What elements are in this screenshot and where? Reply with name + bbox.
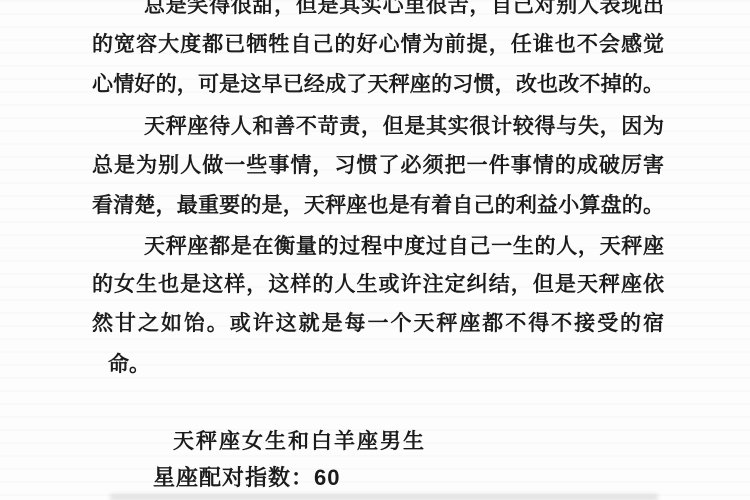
cut-off-text-line xyxy=(110,494,658,500)
text-line: 总是笑得很甜，但是其实心里很苦，自己对别人表现出 xyxy=(92,0,664,20)
text-line: 命。 xyxy=(108,351,680,379)
match-heading: 天秤座女生和白羊座男生 xyxy=(173,425,426,455)
text-line: 心情好的，可是这早已经成了天秤座的习惯，改也改不掉的。 xyxy=(92,71,664,99)
match-index: 星座配对指数：60 xyxy=(153,461,340,492)
text-line: 看清楚，最重要的是，天秤座也是有着自己的利益小算盘的。 xyxy=(92,192,664,220)
text-line: 天秤座待人和善不苛责，但是其实很计较得与失，因为 xyxy=(92,113,664,141)
scanned-document-page: 总是笑得很甜，但是其实心里很苦，自己对别人表现出 的宽容大度都已牺牲自己的好心情… xyxy=(0,0,750,500)
text-line: 天秤座都是在衡量的过程中度过自己一生的人，天秤座 xyxy=(92,233,664,261)
text-line: 的女生也是这样，这样的人生或许注定纠结，但是天秤座依 xyxy=(92,271,664,299)
text-line: 然甘之如饴。或许这就是每一个天秤座都不得不接受的宿 xyxy=(92,310,664,338)
text-line: 的宽容大度都已牺牲自己的好心情为前提，任谁也不会感觉 xyxy=(92,31,664,59)
text-line: 总是为别人做一些事情，习惯了必须把一件事情的成破厉害 xyxy=(92,152,664,180)
